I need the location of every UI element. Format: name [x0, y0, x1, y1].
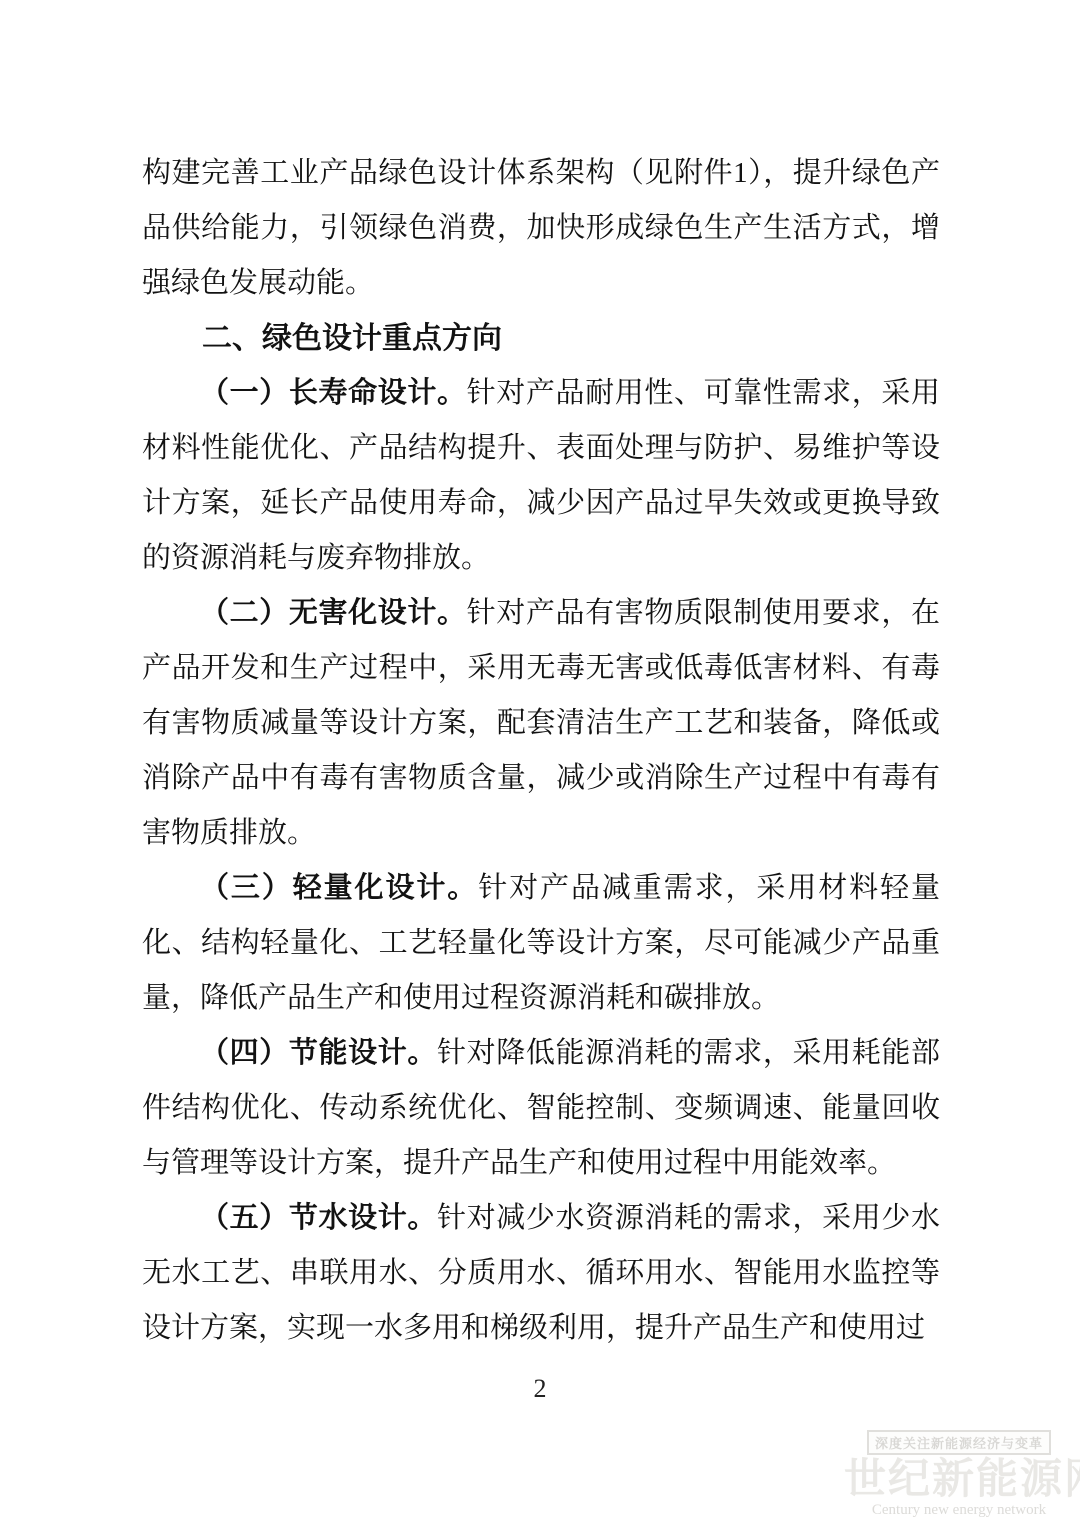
watermark-site-name-en: Century new energy network — [844, 1502, 1074, 1519]
page-number: 2 — [0, 1374, 1080, 1404]
policy-item-2-lead: （二）无害化设计。 — [200, 597, 467, 629]
policy-item-3: （三）轻量化设计。针对产品减重需求，采用材料轻量化、结构轻量化、工艺轻量化等设计… — [142, 861, 940, 1026]
policy-item-4-lead: （四）节能设计。 — [200, 1037, 437, 1069]
policy-item-4: （四）节能设计。针对降低能源消耗的需求，采用耗能部件结构优化、传动系统优化、智能… — [142, 1026, 940, 1191]
policy-item-2-text: 针对产品有害物质限制使用要求，在产品开发和生产过程中，采用无毒无害或低毒低害材料… — [142, 597, 940, 849]
watermark-site-name: 世纪新能源网 — [844, 1457, 1074, 1501]
policy-item-2: （二）无害化设计。针对产品有害物质限制使用要求，在产品开发和生产过程中，采用无毒… — [142, 586, 940, 861]
policy-item-3-lead: （三）轻量化设计。 — [200, 872, 478, 904]
policy-item-5: （五）节水设计。针对减少水资源消耗的需求，采用少水无水工艺、串联用水、分质用水、… — [142, 1191, 940, 1356]
policy-item-5-lead: （五）节水设计。 — [200, 1202, 437, 1234]
watermark: 深度关注新能源经济与变革 世纪新能源网 Century new energy n… — [844, 1430, 1074, 1519]
document-body: 构建完善工业产品绿色设计体系架构（见附件1），提升绿色产品供给能力，引领绿色消费… — [142, 146, 940, 1356]
paragraph-continuation: 构建完善工业产品绿色设计体系架构（见附件1），提升绿色产品供给能力，引领绿色消费… — [142, 146, 940, 311]
section-heading: 二、绿色设计重点方向 — [142, 311, 940, 366]
watermark-tagline: 深度关注新能源经济与变革 — [867, 1430, 1051, 1455]
policy-item-1: （一）长寿命设计。针对产品耐用性、可靠性需求，采用材料性能优化、产品结构提升、表… — [142, 366, 940, 586]
policy-item-1-lead: （一）长寿命设计。 — [200, 377, 467, 409]
